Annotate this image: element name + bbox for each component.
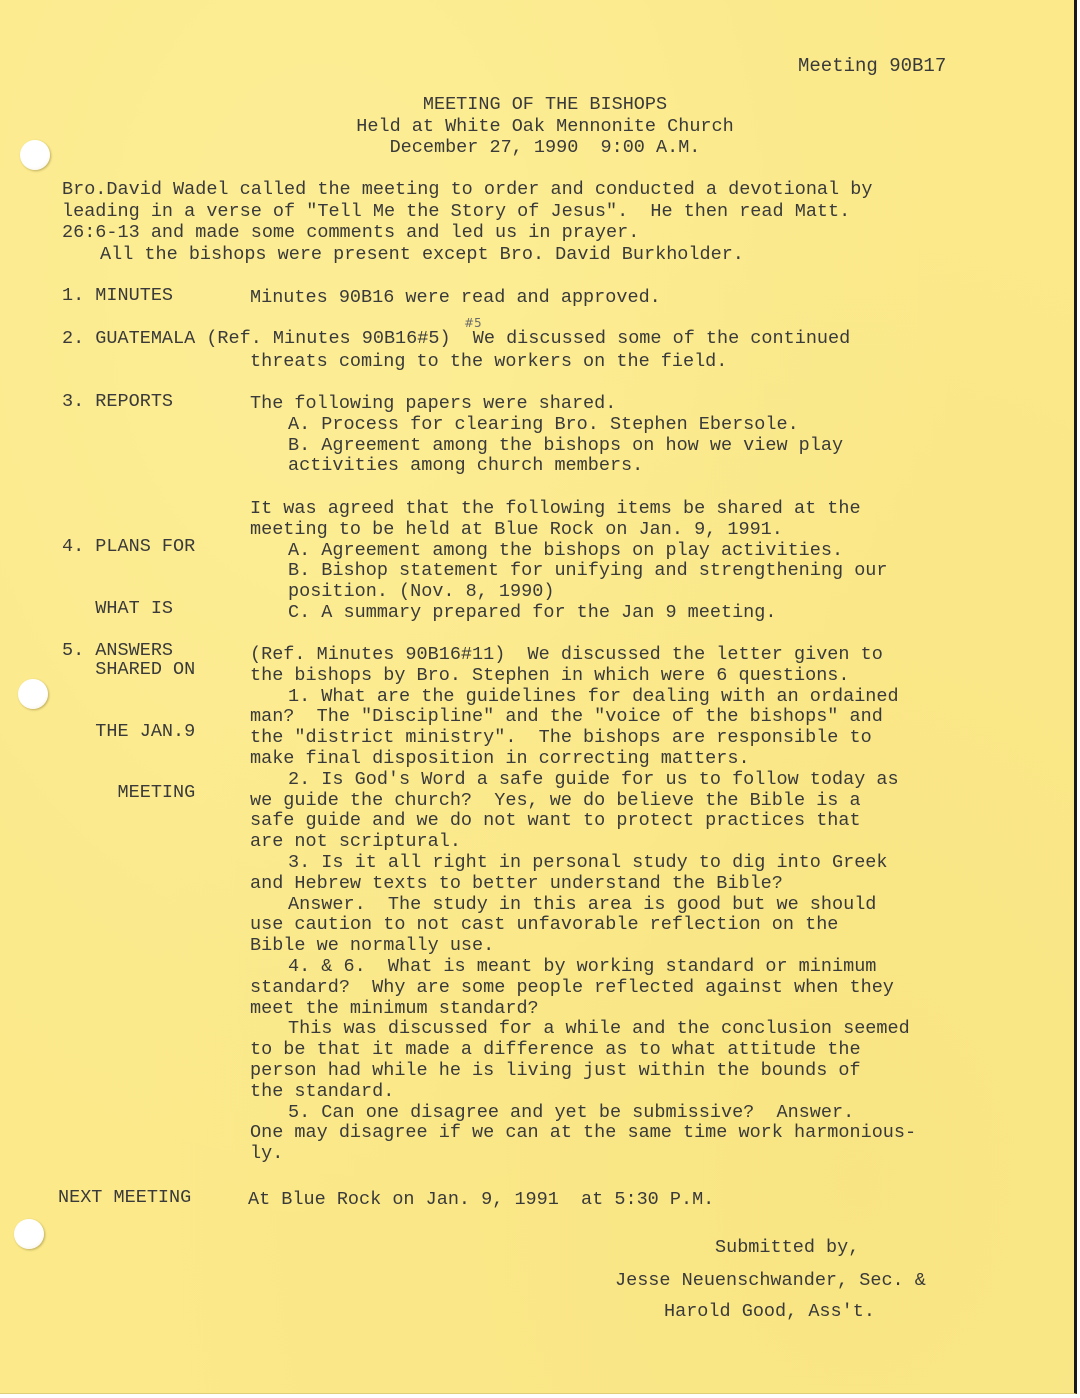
item-line: the standard. [250, 1082, 1030, 1103]
item-line: meet the minimum standard? [250, 999, 1030, 1020]
secretary-name: Jesse Neuenschwander, Sec. & [615, 1270, 926, 1291]
item-line: we guide the church? Yes, we do believe … [250, 791, 1030, 812]
item-body-reports: The following papers were shared. A. Pro… [250, 394, 1030, 477]
item-line: standard? Why are some people reflected … [250, 978, 1030, 999]
item-line: make final disposition in correcting mat… [250, 749, 1030, 770]
item-line: the "district ministry". The bishops are… [250, 728, 1030, 749]
item-line: ly. [250, 1144, 1030, 1165]
assistant-name: Harold Good, Ass't. [664, 1301, 875, 1322]
punch-hole [18, 679, 48, 709]
item-line: activities among church members. [250, 456, 1030, 477]
document-header: MEETING OF THE BISHOPS Held at White Oak… [230, 94, 860, 159]
item-line: use caution to not cast unfavorable refl… [250, 915, 1030, 936]
intro-line: Bro.David Wadel called the meeting to or… [62, 179, 1022, 201]
item-label-reports: 3. REPORTS [62, 392, 173, 413]
item-line: position. (Nov. 8, 1990) [250, 582, 1030, 603]
label-line: MEETING [62, 783, 195, 804]
item-body-next-meeting: At Blue Rock on Jan. 9, 1991 at 5:30 P.M… [248, 1190, 1028, 1211]
item-line: The following papers were shared. [250, 394, 1030, 415]
answer-4-6: This was discussed for a while and the c… [250, 1019, 1030, 1040]
intro-line: 26:6-13 and made some comments and led u… [62, 222, 1022, 244]
question-3: 3. Is it all right in personal study to … [250, 853, 1030, 874]
intro-line: leading in a verse of "Tell Me the Story… [62, 201, 1022, 223]
question-2: 2. Is God's Word a safe guide for us to … [250, 770, 1030, 791]
document-page: Meeting 90B17 MEETING OF THE BISHOPS Hel… [0, 0, 1077, 1394]
item-line: and Hebrew texts to better understand th… [250, 874, 1030, 895]
item-line: One may disagree if we can at the same t… [250, 1123, 1030, 1144]
item-line: safe guide and we do not want to protect… [250, 811, 1030, 832]
item-label-next-meeting: NEXT MEETING [58, 1188, 191, 1209]
item-label-plans: 4. PLANS FOR WHAT IS SHARED ON THE JAN.9… [62, 496, 195, 845]
item-body-minutes: Minutes 90B16 were read and approved. [250, 288, 1030, 309]
item-line: A. Agreement among the bishops on play a… [250, 541, 1030, 562]
item-label-minutes: 1. MINUTES [62, 286, 173, 307]
item-line: to be that it made a difference as to wh… [250, 1040, 1030, 1061]
label-line: 4. PLANS FOR [62, 537, 195, 558]
meeting-date-time: December 27, 1990 9:00 A.M. [230, 137, 860, 159]
item-line: man? The "Discipline" and the "voice of … [250, 707, 1030, 728]
item-line: Bible we normally use. [250, 936, 1030, 957]
item-line: are not scriptural. [250, 832, 1030, 853]
item-line: threats coming to the workers on the fie… [250, 352, 1030, 373]
item-body-answers: (Ref. Minutes 90B16#11) We discussed the… [250, 645, 1030, 1165]
submitted-by-label: Submitted by, [715, 1237, 859, 1258]
item-line: It was agreed that the following items b… [250, 499, 1030, 520]
answer-3: Answer. The study in this area is good b… [250, 895, 1030, 916]
meeting-location: Held at White Oak Mennonite Church [230, 116, 860, 138]
attendance-line: All the bishops were present except Bro.… [62, 244, 1022, 266]
item-body-guatemala: threats coming to the workers on the fie… [250, 352, 1030, 373]
label-line: WHAT IS [62, 599, 195, 620]
item-line: C. A summary prepared for the Jan 9 meet… [250, 603, 1030, 624]
item-label-answers: 5. ANSWERS [62, 641, 173, 662]
item-line: At Blue Rock on Jan. 9, 1991 at 5:30 P.M… [248, 1190, 1028, 1211]
item-line: B. Agreement among the bishops on how we… [250, 436, 1030, 457]
punch-hole [20, 140, 50, 170]
item-line: person had while he is living just withi… [250, 1061, 1030, 1082]
item-body-plans: It was agreed that the following items b… [250, 499, 1030, 624]
item-line: meeting to be held at Blue Rock on Jan. … [250, 520, 1030, 541]
document-title: MEETING OF THE BISHOPS [230, 94, 860, 116]
intro-paragraph: Bro.David Wadel called the meeting to or… [62, 179, 1022, 265]
meeting-id: Meeting 90B17 [798, 56, 946, 77]
question-1: 1. What are the guidelines for dealing w… [250, 687, 1030, 708]
question-4-6: 4. & 6. What is meant by working standar… [250, 957, 1030, 978]
item-line: the bishops by Bro. Stephen in which wer… [250, 666, 1030, 687]
item-line: (Ref. Minutes 90B16#11) We discussed the… [250, 645, 1030, 666]
item-line: A. Process for clearing Bro. Stephen Ebe… [250, 415, 1030, 436]
item-line: Minutes 90B16 were read and approved. [250, 288, 1030, 309]
item-line: B. Bishop statement for unifying and str… [250, 561, 1030, 582]
question-5: 5. Can one disagree and yet be submissiv… [250, 1103, 1030, 1124]
label-line: THE JAN.9 [62, 722, 195, 743]
punch-hole [14, 1219, 44, 1249]
label-line: SHARED ON [62, 660, 195, 681]
item-label-guatemala: 2. GUATEMALA (Ref. Minutes 90B16#5) We d… [62, 329, 850, 350]
